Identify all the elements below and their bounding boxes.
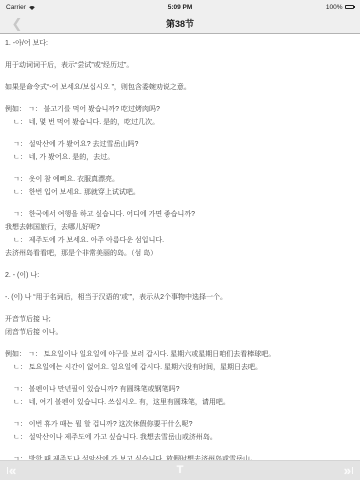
battery-percent-label: 100% xyxy=(326,4,343,11)
paragraph: ㄱ： 한국에서 여행을 하고 싶습니다. 어디에 가면 좋습니까?我想去韩国旅行… xyxy=(5,208,355,260)
text-line: ㄴ： 네, 몇 번 먹어 봤습니다. 是的，吃过几次。 xyxy=(5,116,355,129)
text-line: 用于动词词干后，表示“尝试”或“经历过”。 xyxy=(5,59,355,72)
text-line: ㄴ： 설악산이나 제주도에 가고 싶습니다. 我想去雪岳山或济州岛。 xyxy=(5,431,355,444)
paragraph: 例如： ㄱ： 불고기를 먹어 봤습니까? 吃过烤肉吗?ㄴ： 네, 몇 번 먹어 … xyxy=(5,103,355,129)
navigation-bar: ❮ 第38节 xyxy=(0,14,360,34)
text-line: 例如： ㄱ： 불고기를 먹어 봤습니까? 吃过烤肉吗? xyxy=(5,103,355,116)
text-line: 我想去韩国旅行，去哪儿好呢? xyxy=(5,221,355,234)
chevron-left-icon: ❮ xyxy=(12,17,23,30)
clock-label: 5:09 PM xyxy=(168,4,193,11)
text-line: -. (이) 나 “用于名词后，相当于汉语的‘或’”，表示从2个事物中选择一个。 xyxy=(5,291,355,304)
text-line: 闭音节后接 이나。 xyxy=(5,326,355,339)
text-line: ㄱ： 설악산에 가 봤어요? 去过雪岳山吗? xyxy=(5,138,355,151)
text-line: ㄱ： 이번 휴가 때는 뭘 할 겁니까? 这次休假你要干什么呢? xyxy=(5,418,355,431)
text-line: 去济州岛看看吧，那是个非常美丽的岛。（섬 岛） xyxy=(5,247,355,260)
last-page-bar-icon xyxy=(352,467,353,474)
text-line: 开音节后接 나; xyxy=(5,313,355,326)
paragraph: -. (이) 나 “用于名词后，相当于汉语的‘或’”，表示从2个事物中选择一个。 xyxy=(5,291,355,304)
text-line: ㄱ： 옷이 참 예뻐요. 衣服真漂亮。 xyxy=(5,173,355,186)
text-line: 2. - (이) 나: xyxy=(5,269,355,282)
text-line: ㄴ： 한번 입어 보세요. 那就穿上试试吧。 xyxy=(5,186,355,199)
paragraph: 1. -아/어 보다: xyxy=(5,37,355,50)
text-line: ㄴ： 토요일에는 시간이 없어요. 일요일에 갑시다. 星期六没有时间，星期日去… xyxy=(5,361,355,374)
paragraph: ㄱ： 볼펜이나 만년필이 있습니까? 有圆珠笔或钢笔吗?ㄴ： 네, 여기 볼펜이… xyxy=(5,383,355,409)
text-line: 1. -아/어 보다: xyxy=(5,37,355,50)
status-bar: Carrier 5:09 PM 100% xyxy=(0,0,360,14)
paragraph: 2. - (이) 나: xyxy=(5,269,355,282)
paragraph: 例如： ㄱ： 토요일이나 일요일에 야구를 보러 갑시다. 星期六或星期日咱们去… xyxy=(5,348,355,374)
paragraph: 如果是命令式“-어 보세요/보십시오 ”，则包含委婉劝说之意。 xyxy=(5,81,355,94)
text-line: ㄴ： 제주도에 가 보세요. 아주 아름다운 섬입니다. xyxy=(5,234,355,247)
bottom-toolbar: « T » xyxy=(0,460,360,480)
last-page-button[interactable]: » xyxy=(344,464,353,477)
back-button[interactable]: ❮ xyxy=(9,16,25,31)
paragraph: ㄱ： 설악산에 가 봤어요? 去过雪岳山吗?ㄴ： 네, 가 봤어요. 是的，去过… xyxy=(5,138,355,164)
text-settings-icon: T xyxy=(177,465,184,476)
battery-icon xyxy=(345,5,356,10)
text-line: ㄱ： 볼펜이나 만년필이 있습니까? 有圆珠笔或钢笔吗? xyxy=(5,383,355,396)
double-chevron-left-icon: « xyxy=(9,464,16,477)
first-page-button[interactable]: « xyxy=(7,464,16,477)
first-page-bar-icon xyxy=(7,467,8,474)
double-chevron-right-icon: » xyxy=(344,464,351,477)
text-line: ㄴ： 네, 가 봤어요. 是的，去过。 xyxy=(5,151,355,164)
text-line: ㄱ： 한국에서 여행을 하고 싶습니다. 어디에 가면 좋습니까? xyxy=(5,208,355,221)
page-title: 第38节 xyxy=(166,17,194,30)
paragraph: 开音节后接 나;闭音节后接 이나。 xyxy=(5,313,355,339)
paragraph: 用于动词词干后，表示“尝试”或“经历过”。 xyxy=(5,59,355,72)
text-line: 例如： ㄱ： 토요일이나 일요일에 야구를 보러 갑시다. 星期六或星期日咱们去… xyxy=(5,348,355,361)
paragraph: ㄱ： 이번 휴가 때는 뭘 할 겁니까? 这次休假你要干什么呢?ㄴ： 설악산이나… xyxy=(5,418,355,444)
text-line: 如果是命令式“-어 보세요/보십시오 ”，则包含委婉劝说之意。 xyxy=(5,81,355,94)
document-content-area[interactable]: 1. -아/어 보다:用于动词词干后，表示“尝试”或“经历过”。如果是命令式“-… xyxy=(0,34,360,480)
text-settings-button[interactable]: T xyxy=(177,465,184,476)
text-line: ㄴ： 네, 여기 볼펜이 있습니다. 쓰십시오. 有，这里有圆珠笔，请用吧。 xyxy=(5,396,355,409)
paragraph: ㄱ： 옷이 참 예뻐요. 衣服真漂亮。ㄴ： 한번 입어 보세요. 那就穿上试试吧… xyxy=(5,173,355,199)
